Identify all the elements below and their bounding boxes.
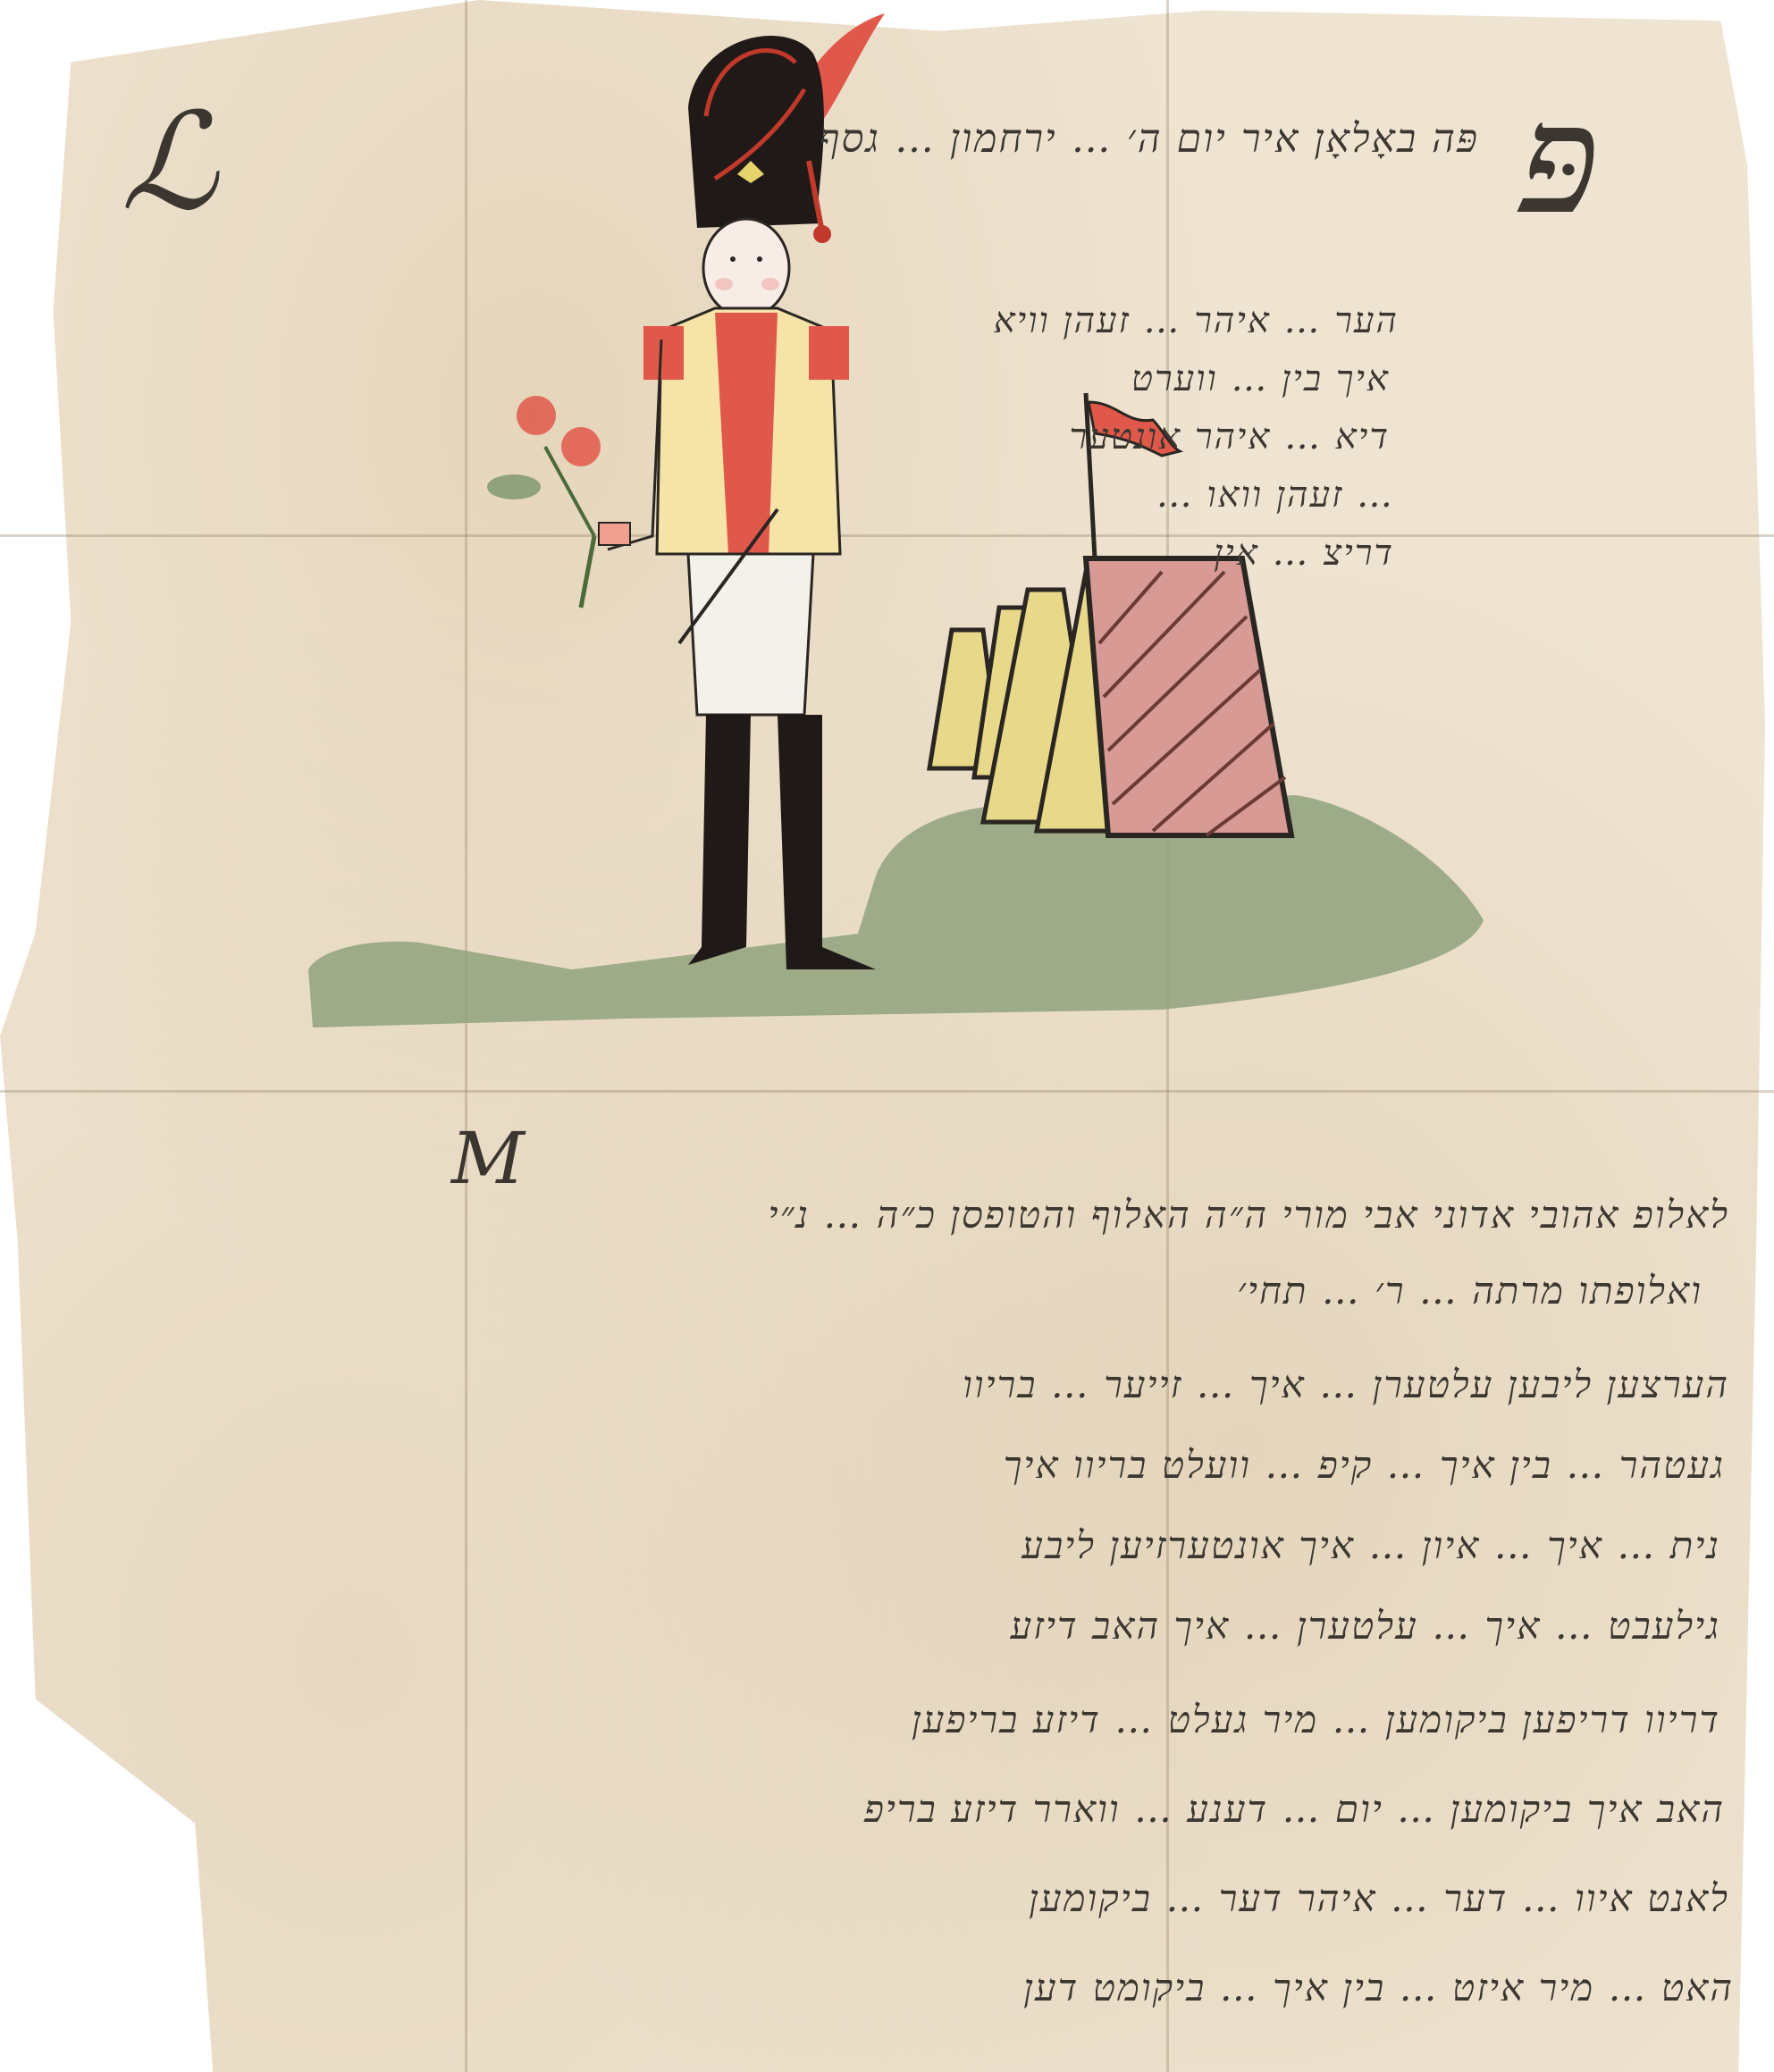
header-line: פּה באָלאָן איר יום ה׳ … ירחמון … גסף — [820, 116, 1479, 162]
letter-line: האט … מיר איזט … בין איך … ביקומט דען — [1023, 1966, 1734, 2010]
flower-icon — [487, 396, 601, 608]
bearskin-hat-icon — [688, 36, 824, 228]
letter-line: לאלופ אהובי אדוני אבי מורי ה״ה האלוף והט… — [768, 1193, 1729, 1237]
poem-line: הער … איהר … זעהן וויא — [994, 299, 1399, 341]
boot-icon — [688, 715, 751, 965]
letter-line: דריוו דריפען ביקומען … מיר געלט … דיזע ב… — [912, 1698, 1720, 1742]
letter-line: לאנט איוו … דער … איהר דער … ביקומען — [1029, 1876, 1729, 1921]
poem-line: דריצ … אין — [1214, 532, 1394, 574]
poem-line: … זעהן וואו … — [1156, 474, 1394, 516]
monogram-initial: M — [451, 1117, 525, 1200]
letter-line: הערצען ליבען עלטערן … איך … זייער … בריו… — [963, 1363, 1729, 1407]
right-flourish-initial: פּ — [1519, 71, 1599, 248]
letter-line: נית … איך … איון … איך אונטערזיען ליבע — [1022, 1523, 1720, 1568]
tents-icon — [929, 393, 1291, 835]
poem-line: איך בין … ווערט — [1131, 357, 1390, 399]
letter-line: האב איך ביקומען … יום … דענע … ווארר דיז… — [864, 1787, 1725, 1832]
face-icon — [703, 219, 789, 317]
letter-page: ℒ פּ פּה באָלאָן איר יום ה׳ … ירחמון … ג… — [0, 0, 1774, 2072]
soldier-illustration — [0, 0, 1774, 1099]
poem-line: דיא … איהר אונטער — [1069, 415, 1390, 457]
left-flourish-initial: ℒ — [121, 85, 217, 240]
grass-icon — [308, 795, 1484, 1028]
letter-line: גילעבט … איך … עלטערן … איך האב דיזע — [1010, 1604, 1720, 1648]
letter-line: געטהר … בין איך … קיפ … וועלט בריוו איך — [1004, 1443, 1725, 1488]
letter-line: ואלופתו מרתה … ר׳ … תחי׳ — [1237, 1269, 1703, 1313]
